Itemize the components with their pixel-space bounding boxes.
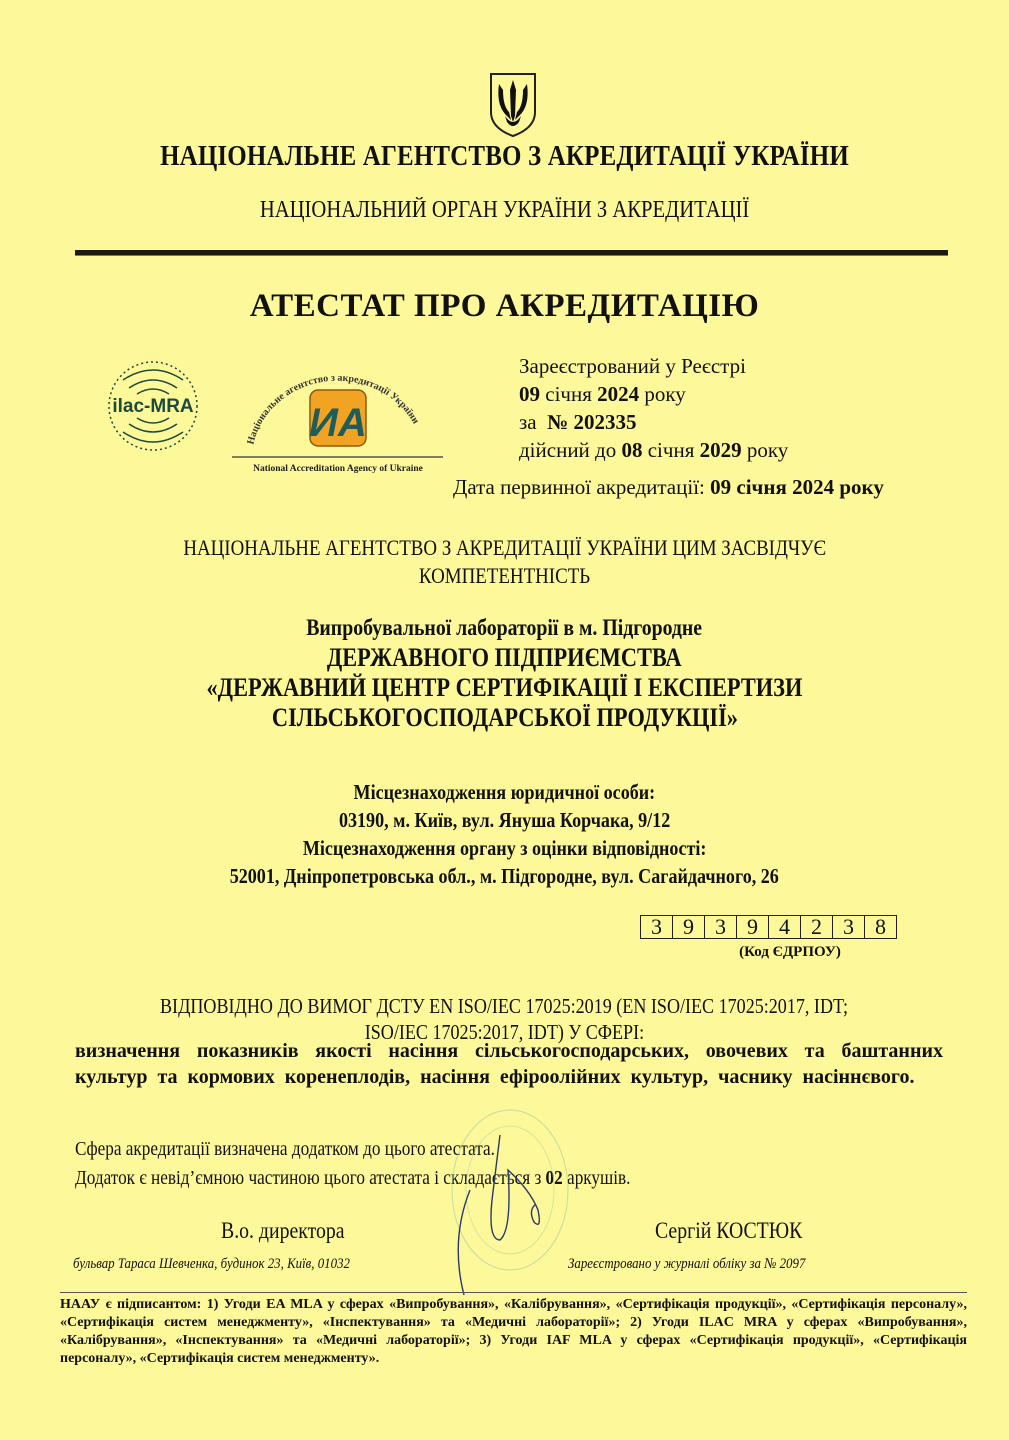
edrpou-digit: 3 [641,916,673,939]
ilac-mra-logo: ilac-MRA [107,350,199,462]
document-title: АТЕСТАТ ПРО АКРЕДИТАЦІЮ [0,288,1009,325]
agency-address: бульвар Тараса Шевченка, будинок 23, Киї… [73,1256,395,1273]
svg-text:ИA: ИA [309,401,367,445]
edrpou-digit: 9 [737,916,769,939]
footer-divider [60,1292,967,1293]
registration-info: Зареєстрований у Реєстрі 09 січня 2024 р… [519,352,788,464]
signatory-name: Сергій КОСТЮК [655,1218,826,1244]
naau-logo: Національне агентство з акредитації Укра… [230,352,445,477]
registration-number: за № 202335 [519,408,788,436]
agency-subtitle: НАЦІОНАЛЬНИЙ ОРГАН УКРАЇНИ З АКРЕДИТАЦІЇ [0,197,1009,224]
edrpou-code: 39394238 [640,915,897,939]
organization-name: Випробувальної лабораторії в м. Підгород… [0,613,1009,733]
trident-coat-of-arms-icon [483,70,543,140]
certifies-statement: НАЦІОНАЛЬНЕ АГЕНТСТВО З АКРЕДИТАЦІЇ УКРА… [0,534,1009,590]
valid-until: дійсний до 08 січня 2029 року [519,436,788,464]
journal-registration: Зареєстровано у журналі обліку за № 2097 [568,1256,844,1273]
edrpou-digit: 3 [833,916,865,939]
primary-accreditation-date: Дата первинної акредитації: 09 січня 202… [453,475,884,500]
edrpou-digit: 4 [769,916,801,939]
signatory-role: В.о. директора [221,1218,365,1244]
edrpou-digit: 9 [673,916,705,939]
registration-date: 09 січня 2024 року [519,380,788,408]
edrpou-digit: 3 [705,916,737,939]
edrpou-digit: 8 [865,916,897,939]
svg-text:ilac-MRA: ilac-MRA [112,396,194,417]
registry-line: Зареєстрований у Реєстрі [519,352,788,380]
scope-note: Сфера акредитації визначена додатком до … [75,1135,721,1193]
addresses: Місцезнаходження юридичної особи: 03190,… [0,778,1009,890]
edrpou-digit: 2 [801,916,833,939]
svg-text:National Accreditation Agency: National Accreditation Agency of Ukraine [253,464,423,474]
header-divider [75,250,948,256]
agency-name: НАЦІОНАЛЬНЕ АГЕНТСТВО З АКРЕДИТАЦІЇ УКРА… [0,140,1009,173]
accreditation-scope: визначення показників якості насіння сіл… [75,1038,943,1090]
edrpou-label: (Код ЄДРПОУ) [640,944,940,961]
footer-signatory-note: НААУ є підписантом: 1) Угоди EA MLA у сф… [60,1296,967,1368]
